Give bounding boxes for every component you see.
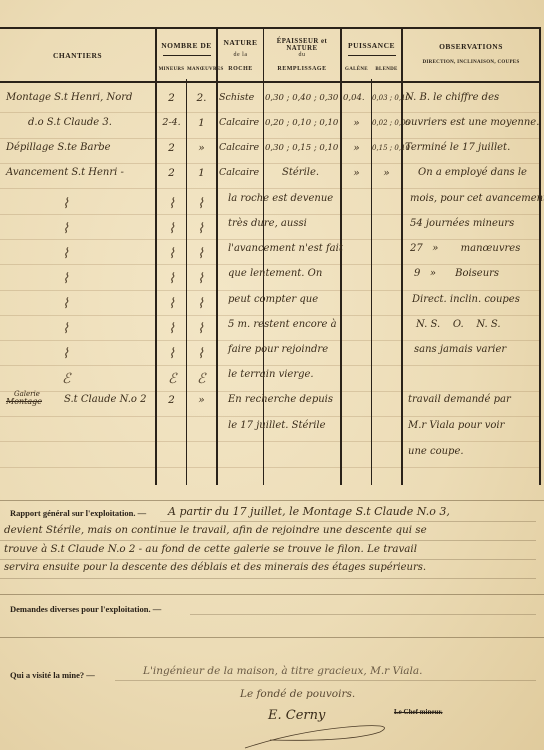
ditto-bracket: ⌇⌇⌇⌇⌇⌇⌇ℰ: [197, 192, 205, 392]
row-5-observation: 54 journées mineurs: [410, 217, 514, 231]
visit-line-2: Le fondé de pouvoirs.: [240, 688, 355, 700]
header-brace: [348, 55, 396, 56]
row-2-remplissage: 0,30 ; 0,15 ; 0,10: [265, 141, 338, 155]
signature-flourish-icon: [240, 718, 400, 750]
col-border: [216, 27, 218, 485]
table-top-border: [0, 27, 541, 29]
report-line-4: servira ensuite pour la descente des déb…: [4, 562, 426, 573]
row-12-roche: En recherche depuis: [228, 393, 333, 407]
header-observations-sub: DIRECTION, INCLINAISON, COUPES: [403, 60, 539, 65]
ditto-bracket: ⌇⌇⌇⌇⌇⌇⌇ℰ: [62, 192, 70, 392]
row-12-observation: travail demandé par: [408, 393, 511, 407]
row-0-observation: N. B. le chiffre des: [405, 91, 499, 105]
report-line-2: devient Stérile, mais on continue le tra…: [4, 524, 427, 536]
mine-report-page: CHANTIERS NOMBRE DE MINEURS MANŒUVRES NA…: [0, 0, 544, 750]
row-12-chantier: S.t Claude N.o 2: [64, 393, 146, 407]
col-border: [186, 79, 187, 485]
struck-title: Le Chef mineur.: [394, 708, 443, 716]
section-separator: [0, 594, 544, 595]
header-nature-3: ROCHE: [218, 66, 263, 72]
visit-label: Qui a visité la mine? —: [10, 670, 95, 680]
header-nature-1: NATURE: [218, 38, 263, 47]
row-8-observation: Direct. inclin. coupes: [412, 293, 520, 307]
row-6-observation: 27 » manœuvres: [410, 242, 520, 256]
row-0-galene: 0,04.: [343, 91, 365, 105]
row-1-manoeuvres: 1: [187, 116, 216, 130]
row-0-chantier: Montage S.t Henri, Nord: [6, 91, 132, 105]
row-1-remplissage: 0,20 ; 0,10 ; 0,10: [265, 116, 338, 130]
row-3-blende: »: [372, 166, 401, 180]
row-13-observation: M.r Viala pour voir: [408, 419, 504, 433]
row-12-chantier-struck: Montage: [6, 395, 42, 409]
row-1-roche: Calcaire: [219, 116, 259, 130]
section-separator: [0, 500, 544, 501]
row-1-mineurs: 2-4.: [157, 116, 186, 130]
header-brace: [163, 55, 211, 56]
row-0-remplissage: 0,30 ; 0,40 ; 0,30: [265, 91, 338, 105]
report-line-1: A partir du 17 juillet, le Montage S.t C…: [168, 505, 450, 518]
row-3-chantier: Avancement S.t Henri -: [6, 166, 124, 180]
row-13-roche: le 17 juillet. Stérile: [228, 419, 326, 433]
row-4-observation: mois, pour cet avancement: [410, 192, 544, 206]
row-6-roche: l'avancement n'est fait: [228, 242, 343, 256]
row-3-roche: Calcaire: [219, 166, 259, 180]
col-border: [340, 27, 342, 485]
row-7-observation: 9 » Boiseurs: [414, 267, 499, 281]
worksite-table: CHANTIERS NOMBRE DE MINEURS MANŒUVRES NA…: [0, 27, 541, 485]
row-2-mineurs: 2: [157, 141, 186, 155]
row-3-manoeuvres: 1: [187, 166, 216, 180]
row-1-observation: ouvriers est une moyenne.: [405, 116, 539, 130]
col-border: [263, 27, 264, 485]
header-observations: OBSERVATIONS: [403, 42, 539, 51]
header-manoeuvres: MANŒUVRES: [187, 67, 216, 72]
row-0-manoeuvres: 2.: [187, 91, 216, 105]
header-galene: GALÈNE: [342, 67, 371, 72]
row-2-roche: Calcaire: [219, 141, 259, 155]
row-0-roche: Schiste: [219, 91, 254, 105]
row-9-roche: 5 m. restent encore à: [228, 318, 337, 332]
col-border: [371, 79, 372, 485]
row-14-observation: une coupe.: [408, 445, 464, 459]
report-label: Rapport général sur l'exploitation. —: [10, 508, 146, 518]
row-2-galene: »: [342, 141, 371, 155]
row-3-remplissage: Stérile.: [282, 166, 319, 180]
header-puissance: PUISSANCE: [342, 41, 401, 50]
row-1-galene: »: [342, 116, 371, 130]
header-epaisseur-3: REMPLISSAGE: [264, 66, 340, 72]
row-3-observation: On a employé dans le: [418, 166, 527, 180]
row-2-chantier: Dépillage S.te Barbe: [6, 141, 111, 155]
report-line-3: trouve à S.t Claude N.o 2 - au fond de c…: [4, 543, 417, 555]
row-12-mineurs: 2: [157, 393, 186, 407]
row-0-mineurs: 2: [157, 91, 186, 105]
row-7-roche: que lentement. On: [228, 267, 322, 281]
section-separator: [0, 637, 544, 638]
row-11-roche: le terrain vierge.: [228, 368, 314, 382]
row-9-observation: N. S. O. N. S.: [416, 318, 501, 332]
header-nature-2: de la: [218, 52, 263, 58]
row-1-chantier: d.o S.t Claude 3.: [28, 116, 112, 130]
header-chantiers: CHANTIERS: [0, 51, 155, 60]
header-nombre-de: NOMBRE DE: [157, 41, 216, 50]
row-12-manoeuvres: »: [187, 393, 216, 407]
header-epaisseur-2: du: [264, 52, 340, 58]
col-border: [539, 27, 541, 485]
row-3-galene: »: [342, 166, 371, 180]
visit-line-1: L'ingénieur de la maison, à titre gracie…: [143, 665, 423, 677]
row-10-roche: faire pour rejoindre: [228, 343, 328, 357]
row-2-manoeuvres: »: [187, 141, 216, 155]
header-bottom-border: [0, 81, 541, 83]
row-3-mineurs: 2: [157, 166, 186, 180]
row-10-observation: sans jamais varier: [414, 343, 506, 357]
ditto-bracket: ⌇⌇⌇⌇⌇⌇⌇ℰ: [168, 192, 176, 392]
row-4-roche: la roche est devenue: [228, 192, 333, 206]
header-blende: BLENDE: [372, 67, 401, 72]
header-epaisseur-1: ÉPAISSEUR et NATURE: [264, 38, 340, 52]
row-5-roche: très dure, aussi: [228, 217, 307, 231]
requests-label: Demandes diverses pour l'exploitation. —: [10, 604, 161, 614]
row-2-observation: Terminé le 17 juillet.: [405, 141, 510, 155]
row-8-roche: peut compter que: [228, 293, 318, 307]
header-mineurs: MINEURS: [157, 67, 186, 72]
